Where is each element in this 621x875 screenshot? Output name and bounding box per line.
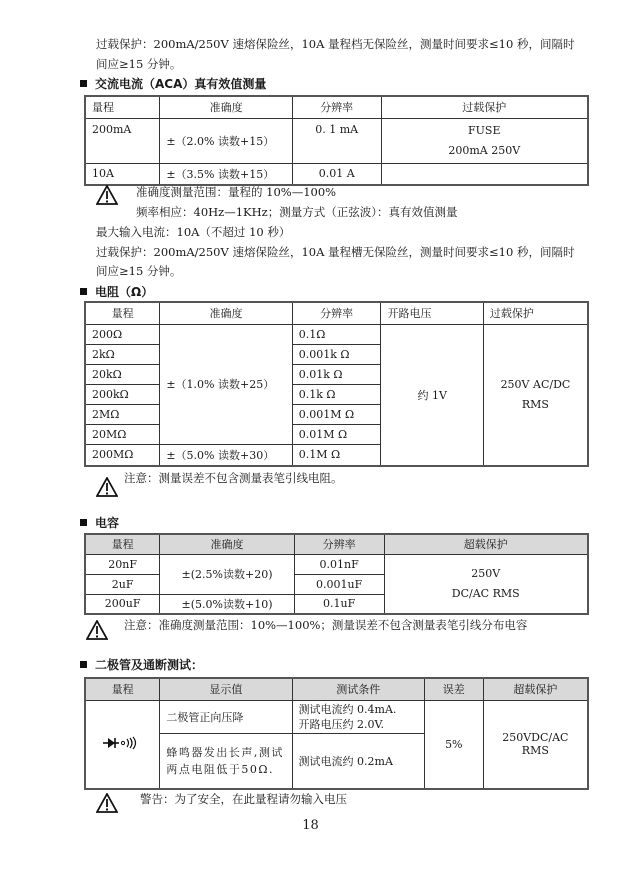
res-header-resolution: 分辨率: [292, 302, 381, 324]
res-range: 200Ω: [85, 324, 160, 344]
aca-protection-line-2: 200mA 250V: [388, 141, 581, 161]
aca-protection-line-1: FUSE: [388, 121, 581, 141]
cap-accuracy-main: ±(2.5%读数+20): [160, 554, 294, 594]
cap-header-protection: 超载保护: [384, 534, 588, 554]
section-title-resistance: 电阻（Ω）: [80, 284, 153, 300]
aca-range: 200mA: [85, 118, 160, 163]
res-range: 2MΩ: [85, 404, 160, 424]
table-row: 200Ω ±（1.0% 读数+25） 0.1Ω 约 1V 250V AC/DC …: [85, 324, 588, 344]
intro-line-1: 过载保护：200mA/250V 速熔保险丝，10A 量程档无保险丝，测量时间要求…: [96, 34, 596, 54]
res-range: 2kΩ: [85, 344, 160, 364]
warning-icon: [96, 185, 118, 205]
res-accuracy-main: ±（1.0% 读数+25）: [160, 324, 292, 444]
bullet-icon: [80, 519, 87, 526]
cap-header-accuracy: 准确度: [160, 534, 294, 554]
res-protection-line-2: RMS: [490, 395, 581, 415]
page-number: 18: [0, 818, 621, 833]
diode-buzzer-icon: [103, 736, 143, 750]
cap-protection-line-2: DC/AC RMS: [391, 584, 582, 604]
diode-condition-line-2: 开路电压约 2.0V.: [299, 717, 418, 732]
resistance-table: 量程 准确度 分辨率 开路电压 过载保护 200Ω ±（1.0% 读数+25） …: [84, 301, 589, 467]
cap-resolution: 0.01nF: [294, 554, 384, 574]
table-row: 200mA ±（2.0% 读数+15） 0. 1 mA FUSE 200mA 2…: [85, 118, 588, 163]
diode-error: 5%: [424, 700, 483, 789]
res-range: 200kΩ: [85, 384, 160, 404]
res-header-range: 量程: [85, 302, 160, 324]
res-header-protection: 过载保护: [483, 302, 588, 324]
aca-overload-2: 间应≥15 分钟。: [96, 261, 181, 281]
res-header-accuracy: 准确度: [160, 302, 292, 324]
section-title-diode: 二极管及通断测试：: [80, 657, 203, 673]
section-title-capacitance: 电容: [80, 515, 119, 531]
intro-line-2: 间应≥15 分钟。: [96, 54, 596, 74]
diode-range-cell: [85, 700, 160, 789]
diode-condition: 测试电流约 0.4mA. 开路电压约 2.0V.: [292, 700, 424, 733]
warning-icon: [96, 793, 118, 813]
res-resolution: 0.01M Ω: [292, 424, 381, 444]
res-resolution: 0.1Ω: [292, 324, 381, 344]
bullet-icon: [80, 80, 87, 87]
res-range: 20MΩ: [85, 424, 160, 444]
res-resolution: 0.01k Ω: [292, 364, 381, 384]
aca-note-2: 频率相应：40Hz—1KHz；测量方式（正弦波）：真有效值测量: [136, 202, 457, 222]
diode-header-protection: 超载保护: [483, 678, 588, 700]
aca-header-protection: 过载保护: [381, 96, 588, 118]
diode-warning: 警告：为了安全，在此量程请勿输入电压: [140, 789, 347, 809]
res-protection: 250V AC/DC RMS: [483, 324, 588, 466]
diode-condition-line-1: 测试电流约 0.4mA.: [299, 702, 418, 717]
bullet-icon: [80, 288, 87, 295]
aca-table: 量程 准确度 分辨率 过载保护 200mA ±（2.0% 读数+15） 0. 1…: [84, 95, 589, 186]
diode-header-error: 误差: [424, 678, 483, 700]
aca-max-input: 最大输入电流：10A（不超过 10 秒）: [96, 222, 290, 242]
cap-range: 20nF: [85, 554, 160, 574]
cap-resolution: 0.001uF: [294, 574, 384, 594]
diode-protection: 250VDC/AC RMS: [483, 700, 588, 789]
capacitance-title: 电容: [95, 516, 119, 530]
cap-protection: 250V DC/AC RMS: [384, 554, 588, 614]
cap-header-range: 量程: [85, 534, 160, 554]
warning-icon: [96, 477, 118, 497]
capacitance-note: 注意：准确度测量范围：10%—100%；测量误差不包含测量表笔引线分布电容: [124, 615, 527, 635]
aca-note-1: 准确度测量范围：量程的 10%—100%: [136, 182, 336, 202]
res-resolution: 0.1k Ω: [292, 384, 381, 404]
aca-title: 交流电流（ACA）真有效值测量: [95, 77, 266, 91]
diode-condition: 测试电流约 0.2mA: [292, 733, 424, 789]
res-protection-line-1: 250V AC/DC: [490, 375, 581, 395]
diode-display: 二极管正向压降: [160, 700, 292, 733]
res-resolution: 0.001k Ω: [292, 344, 381, 364]
resistance-note: 注意：测量误差不包含测量表笔引线电阻。: [124, 468, 343, 488]
res-open-voltage: 约 1V: [381, 324, 483, 466]
resistance-title: 电阻（Ω）: [95, 285, 153, 299]
res-resolution: 0.1M Ω: [292, 444, 381, 466]
cap-header-resolution: 分辨率: [294, 534, 384, 554]
section-title-aca: 交流电流（ACA）真有效值测量: [80, 76, 266, 92]
table-row: 20nF ±(2.5%读数+20) 0.01nF 250V DC/AC RMS: [85, 554, 588, 574]
aca-protection: FUSE 200mA 250V: [381, 118, 588, 163]
diode-header-condition: 测试条件: [292, 678, 424, 700]
warning-icon: [86, 620, 108, 640]
capacitance-table: 量程 准确度 分辨率 超载保护 20nF ±(2.5%读数+20) 0.01nF…: [84, 533, 589, 615]
res-accuracy-last: ±（5.0% 读数+30）: [160, 444, 292, 466]
aca-overload-1: 过载保护：200mA/250V 速熔保险丝，10A 量程槽无保险丝，测量时间要求…: [96, 242, 574, 262]
res-resolution: 0.001M Ω: [292, 404, 381, 424]
diode-header-range: 量程: [85, 678, 160, 700]
table-row: 二极管正向压降 测试电流约 0.4mA. 开路电压约 2.0V. 5% 250V…: [85, 700, 588, 733]
res-range: 200MΩ: [85, 444, 160, 466]
cap-range: 2uF: [85, 574, 160, 594]
aca-resolution: 0. 1 mA: [292, 118, 381, 163]
bullet-icon: [80, 661, 87, 668]
diode-display: 蜂鸣器发出长声,测试两点电阻低于50Ω.: [160, 733, 292, 789]
diode-title: 二极管及通断测试：: [95, 658, 203, 672]
aca-header-resolution: 分辨率: [292, 96, 381, 118]
aca-header-range: 量程: [85, 96, 160, 118]
res-range: 20kΩ: [85, 364, 160, 384]
cap-accuracy-last: ±(5.0%读数+10): [160, 594, 294, 614]
aca-protection-empty: [381, 163, 588, 185]
diode-table: 量程 显示值 测试条件 误差 超载保护 二极管正向压降 测试电流约 0.4mA.…: [84, 677, 589, 790]
diode-header-display: 显示值: [160, 678, 292, 700]
aca-header-accuracy: 准确度: [160, 96, 293, 118]
cap-range: 200uF: [85, 594, 160, 614]
aca-accuracy: ±（2.0% 读数+15）: [160, 118, 293, 163]
res-header-open-voltage: 开路电压: [381, 302, 483, 324]
cap-resolution: 0.1uF: [294, 594, 384, 614]
cap-protection-line-1: 250V: [391, 564, 582, 584]
